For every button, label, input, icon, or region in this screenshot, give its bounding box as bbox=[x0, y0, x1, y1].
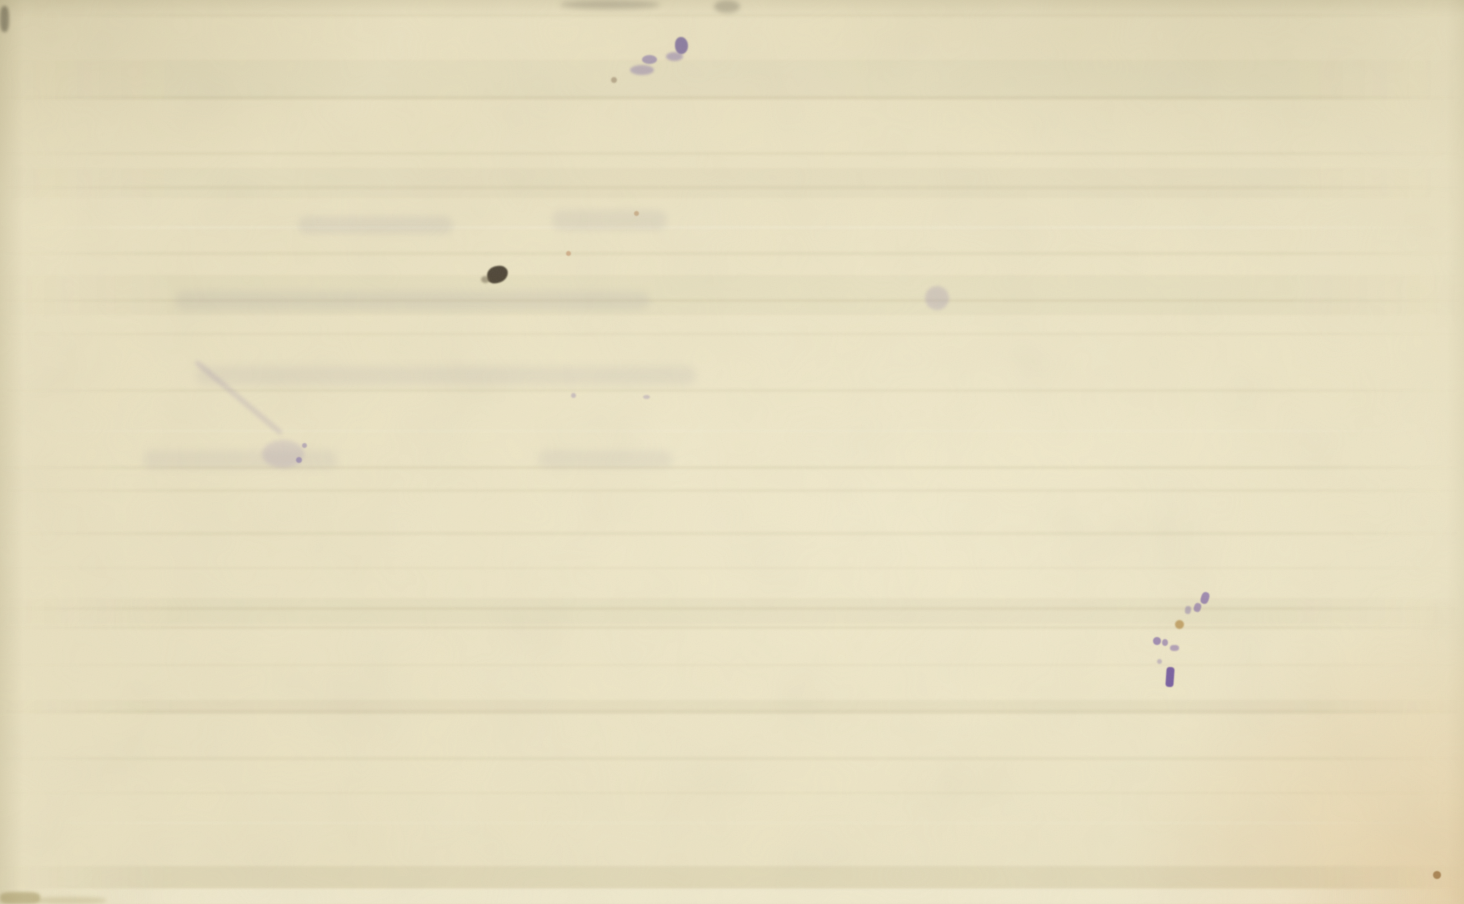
bleedthrough-line-1-right bbox=[552, 210, 667, 230]
bottom-edge-smear-2 bbox=[36, 897, 106, 904]
violet-dash-right-3 bbox=[1184, 606, 1191, 615]
violet-dash-right-1 bbox=[1199, 591, 1210, 605]
violet-ink-blot-top-b bbox=[666, 52, 683, 61]
violet-dot-cluster-b2 bbox=[302, 443, 307, 448]
bleedthrough-line-4-right bbox=[538, 450, 673, 468]
violet-ink-dash-top bbox=[642, 55, 657, 64]
bleedthrough-line-1-left bbox=[298, 216, 453, 234]
top-left-edge-smudge bbox=[0, 6, 9, 32]
dark-ink-spot-tail bbox=[481, 276, 490, 283]
bottom-left-edge-smear bbox=[0, 892, 40, 904]
brown-dot-bottom-right bbox=[1433, 871, 1441, 879]
violet-speckle-cluster-b bbox=[262, 440, 304, 468]
orange-ink-dot-right bbox=[1175, 620, 1184, 629]
violet-dot-pair-a bbox=[1153, 637, 1161, 645]
violet-dash-right-2 bbox=[1193, 602, 1202, 613]
violet-ink-scribble-top bbox=[630, 65, 654, 75]
violet-dot-center-b bbox=[643, 395, 650, 399]
diagonal-fold-streak bbox=[194, 360, 282, 435]
dark-ink-spot bbox=[486, 265, 509, 285]
violet-speckle-cluster-a bbox=[925, 286, 949, 310]
scanned-paper-page bbox=[0, 0, 1464, 904]
violet-dot-center-a bbox=[571, 393, 576, 398]
rust-dot-b bbox=[566, 251, 571, 256]
bleedthrough-line-4-left bbox=[143, 450, 338, 469]
violet-dot-pair-b bbox=[1162, 639, 1168, 646]
top-edge-smudge-right bbox=[714, 0, 740, 13]
ink-marks-layer bbox=[0, 0, 1464, 904]
top-edge-smudge-left bbox=[560, 0, 660, 9]
bleedthrough-line-3 bbox=[196, 366, 696, 385]
violet-dash-right-4 bbox=[1170, 645, 1179, 651]
violet-bold-vertical-mark bbox=[1165, 667, 1174, 688]
bleedthrough-line-2 bbox=[175, 291, 650, 310]
small-brown-dot-top bbox=[611, 77, 617, 83]
violet-dot-right-small bbox=[1157, 659, 1162, 664]
rust-dot-a bbox=[634, 211, 639, 216]
violet-ink-blot-top-a bbox=[675, 37, 688, 54]
violet-dot-cluster-b1 bbox=[296, 457, 302, 463]
